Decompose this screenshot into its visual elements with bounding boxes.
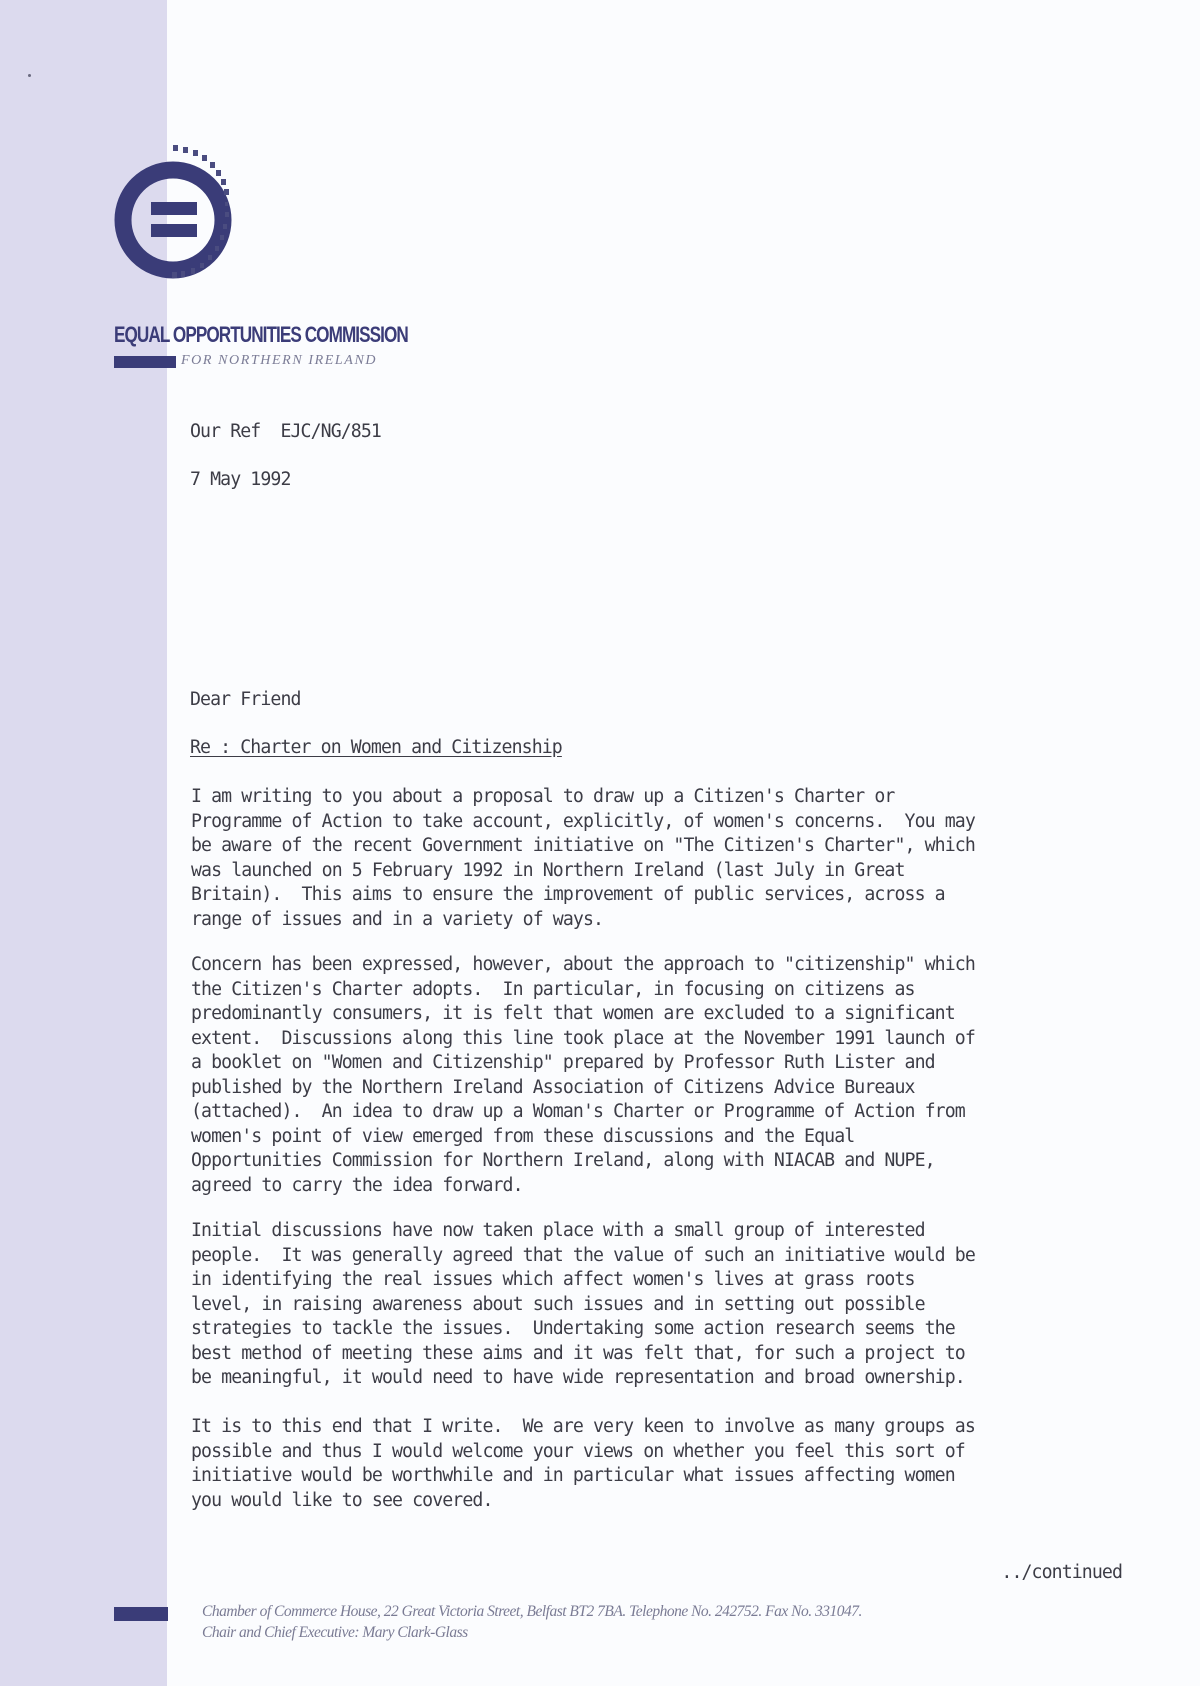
paragraph-line: best method of meeting these aims and it…	[191, 1342, 1141, 1367]
paragraph-line: Opportunities Commission for Northern Ir…	[191, 1149, 1141, 1174]
letter-date: 7 May 1992	[190, 468, 291, 493]
paragraph-line: in identifying the real issues which aff…	[191, 1268, 1141, 1293]
salutation: Dear Friend	[190, 688, 301, 713]
paragraph-line: was launched on 5 February 1992 in North…	[191, 859, 1141, 884]
paragraph-line: be meaningful, it would need to have wid…	[191, 1366, 1141, 1391]
body-paragraph-4: It is to this end that I write. We are v…	[191, 1415, 1141, 1513]
paragraph-line: a booklet on "Women and Citizenship" pre…	[191, 1051, 1141, 1076]
paragraph-line: predominantly consumers, it is felt that…	[191, 1002, 1141, 1027]
paragraph-line: initiative would be worthwhile and in pa…	[191, 1464, 1141, 1489]
body-paragraph-3: Initial discussions have now taken place…	[191, 1219, 1141, 1391]
paragraph-line: extent. Discussions along this line took…	[191, 1027, 1141, 1052]
address-line: Chamber of Commerce House, 22 Great Vict…	[202, 1603, 862, 1620]
paragraph-line: It is to this end that I write. We are v…	[191, 1415, 1141, 1440]
footer-address: Chamber of Commerce House, 22 Great Vict…	[202, 1601, 862, 1643]
paragraph-line: Concern has been expressed, however, abo…	[191, 953, 1141, 978]
paragraph-line: people. It was generally agreed that the…	[191, 1244, 1141, 1269]
equal-sign-in-circle-logo-icon	[100, 140, 270, 300]
paragraph-line: possible and thus I would welcome your v…	[191, 1440, 1141, 1465]
paragraph-line: agreed to carry the idea forward.	[191, 1174, 1141, 1199]
paragraph-line: published by the Northern Ireland Associ…	[191, 1076, 1141, 1101]
brand-bar	[114, 356, 176, 368]
paragraph-line: Britain). This aims to ensure the improv…	[191, 883, 1141, 908]
paragraph-line: I am writing to you about a proposal to …	[191, 785, 1141, 810]
paragraph-line: the Citizen's Charter adopts. In particu…	[191, 978, 1141, 1003]
paper-speck	[28, 74, 31, 77]
organisation-subtitle: FOR NORTHERN IRELAND	[181, 353, 377, 369]
paragraph-line: Programme of Action to take account, exp…	[191, 810, 1141, 835]
organisation-name: EQUAL OPPORTUNITIES COMMISSION	[114, 322, 408, 348]
body-paragraph-1: I am writing to you about a proposal to …	[191, 785, 1141, 932]
paragraph-line: be aware of the recent Government initia…	[191, 834, 1141, 859]
chair-line: Chair and Chief Executive: Mary Clark-Gl…	[202, 1624, 468, 1641]
reference-number: Our Ref EJC/NG/851	[190, 420, 381, 445]
paragraph-line: women's point of view emerged from these…	[191, 1125, 1141, 1150]
paragraph-line: level, in raising awareness about such i…	[191, 1293, 1141, 1318]
paragraph-line: you would like to see covered.	[191, 1489, 1141, 1514]
footer-brand-bar	[114, 1607, 168, 1621]
body-paragraph-2: Concern has been expressed, however, abo…	[191, 953, 1141, 1198]
paragraph-line: range of issues and in a variety of ways…	[191, 908, 1141, 933]
continued-marker: ../continued	[1001, 1562, 1122, 1583]
subject-line: Re : Charter on Women and Citizenship	[190, 736, 562, 761]
paragraph-line: (attached). An idea to draw up a Woman's…	[191, 1100, 1141, 1125]
paragraph-line: Initial discussions have now taken place…	[191, 1219, 1141, 1244]
paragraph-line: strategies to tackle the issues. Underta…	[191, 1317, 1141, 1342]
